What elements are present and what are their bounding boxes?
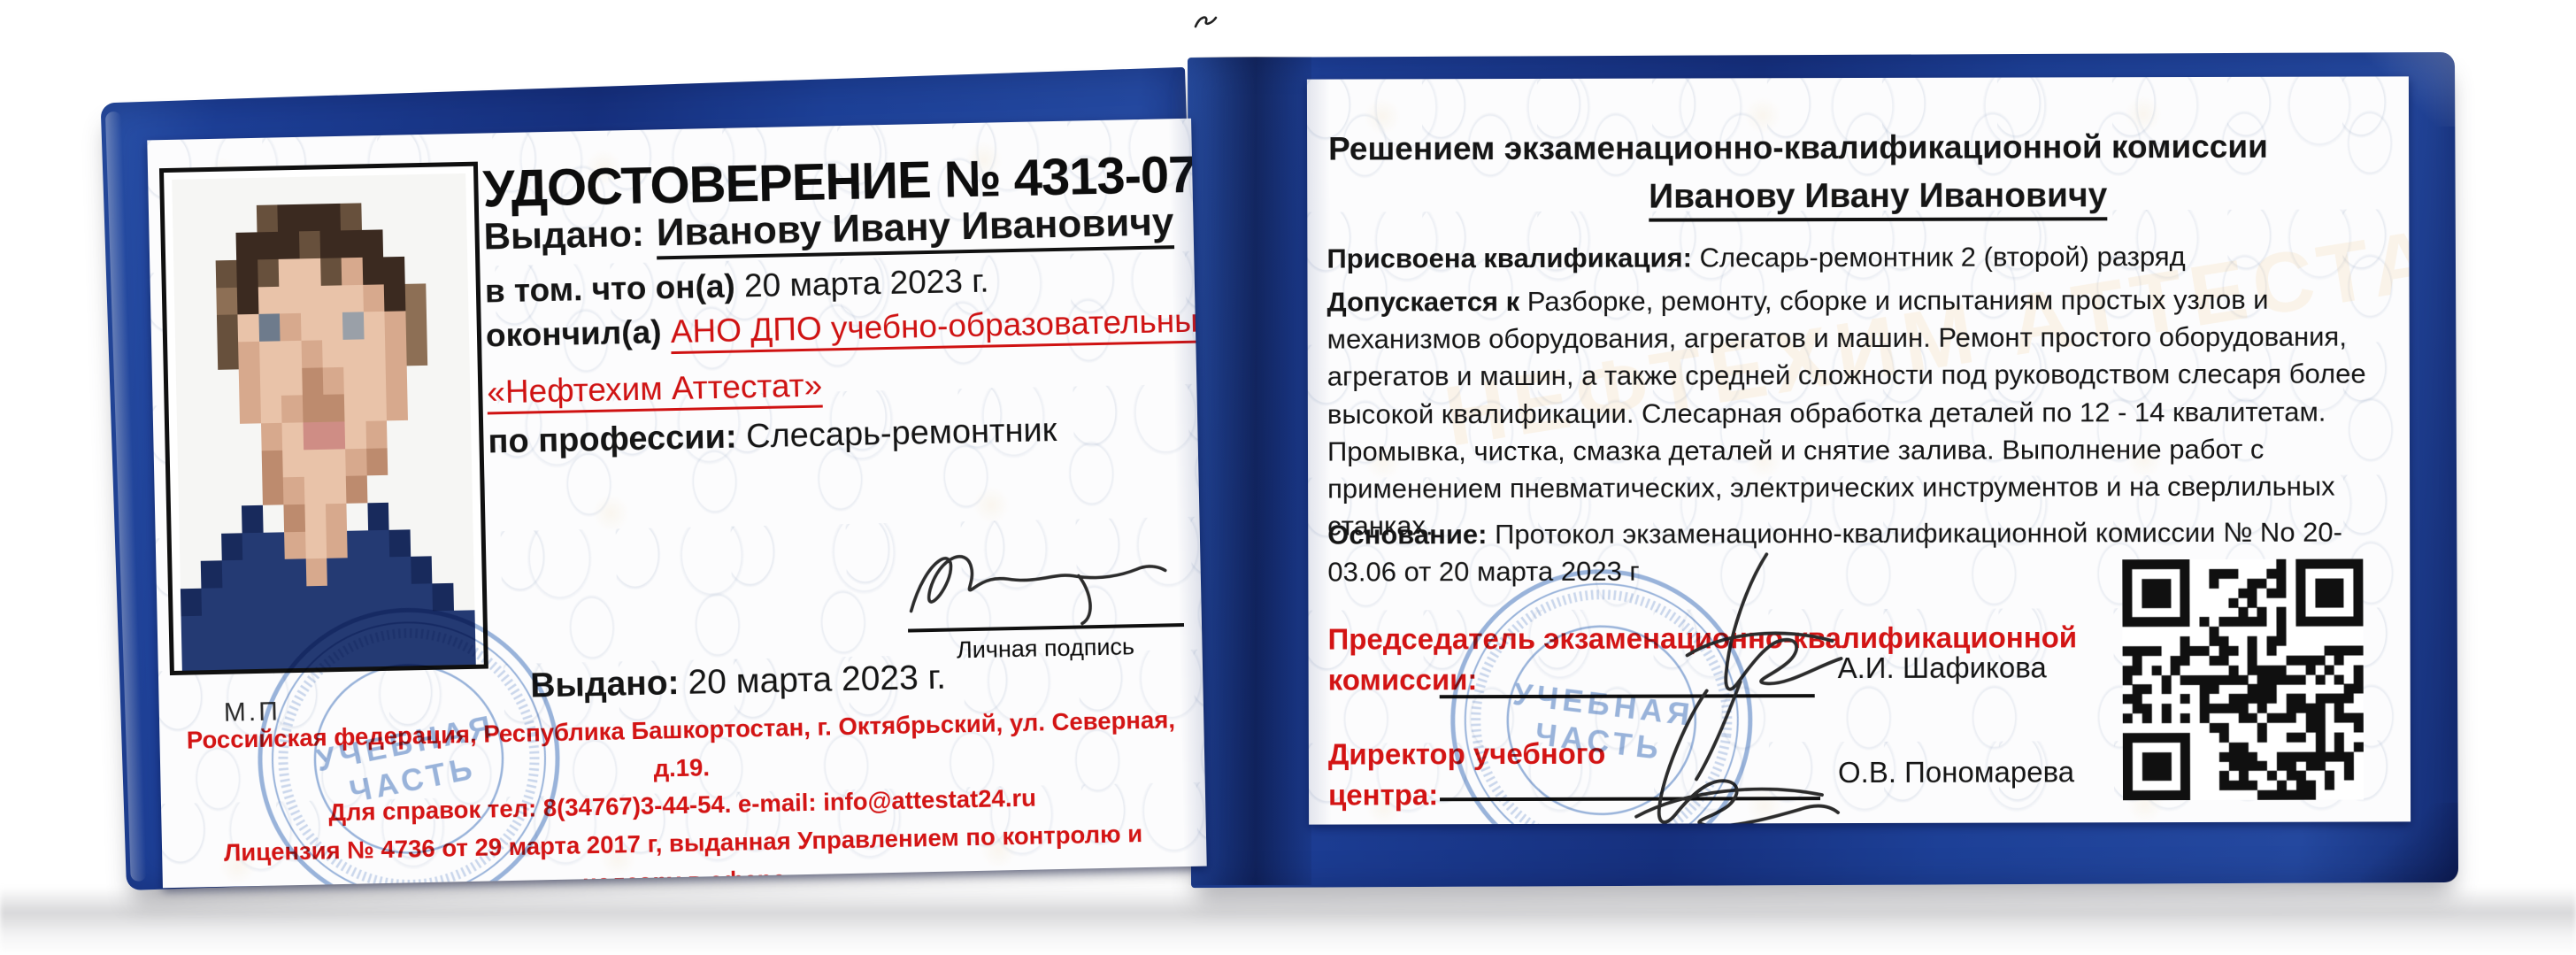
qualification-section: Присвоена квалификация: Слесарь-ремонтни… (1326, 237, 2396, 551)
qualification-label: Присвоена квалификация: (1326, 242, 1692, 273)
booklet-spine (1188, 57, 1311, 885)
organization-name-line1: АНО ДПО учебно-образовательный центр (670, 300, 1206, 354)
admitted-paragraph: Допускается к Разборке, ремонту, сборке … (1327, 281, 2397, 545)
round-stamp: УЧЕБНАЯ ЧАСТЬ (1421, 540, 1781, 824)
qualification-row: Присвоена квалификация: Слесарь-ремонтни… (1326, 237, 2395, 277)
issue-date-value: 20 марта 2023 г. (688, 658, 946, 702)
issue-date-row: Выдано:20 марта 2023 г. (530, 658, 947, 706)
chairman-name: А.И. Шафикова (1838, 651, 2047, 685)
admitted-label: Допускается к (1327, 286, 1520, 318)
finished-row: окончил(а) АНО ДПО учебно-образовательны… (486, 300, 1207, 355)
certificate-right-page: НЕФТЕХИМ АТТЕСТАТ Решением экзаменационн… (1307, 76, 2411, 824)
profession-row: по профессии: Слесарь-ремонтник (488, 412, 1057, 461)
attestation-row: в том. что он(а) 20 марта 2023 г. (485, 263, 989, 311)
certificate-booklet: М.П УДОСТОВЕРЕНИЕ № 4313-07 Выдано:Ивано… (111, 50, 2457, 908)
holder-name-row: Иванову Ивану Ивановичу (1599, 176, 2157, 217)
completion-date: 20 марта 2023 г. (744, 263, 989, 304)
profession-label: по профессии: (488, 419, 737, 461)
organization-row: «Нефтехим Аттестат» (487, 367, 823, 412)
that-label: в том. что он(а) (485, 268, 736, 310)
qualification-value: Слесарь-ремонтник 2 (второй) разряд (1700, 241, 2186, 273)
ink-speck (1193, 12, 1219, 32)
personal-signature (899, 533, 1175, 635)
holder-name: Иванову Ивану Ивановичу (656, 200, 1174, 259)
finished-label: окончил(а) (486, 313, 662, 353)
qr-code (2122, 559, 2364, 801)
director-label-line2: центра: (1328, 778, 1438, 812)
holder-name: Иванову Ивану Ивановичу (1649, 176, 2107, 221)
issued-to-label: Выдано: (483, 212, 644, 258)
admitted-text: Разборке, ремонту, сборке и испытаниям п… (1327, 284, 2366, 542)
commission-header: Решением экзаменационно-квалификационной… (1328, 128, 2116, 167)
profession-value: Слесарь-ремонтник (746, 412, 1057, 455)
certificate-left-page: М.П УДОСТОВЕРЕНИЕ № 4313-07 Выдано:Ивано… (147, 119, 1206, 889)
director-name: О.В. Пономарева (1838, 755, 2074, 789)
organization-name-line2: «Нефтехим Аттестат» (487, 367, 823, 415)
